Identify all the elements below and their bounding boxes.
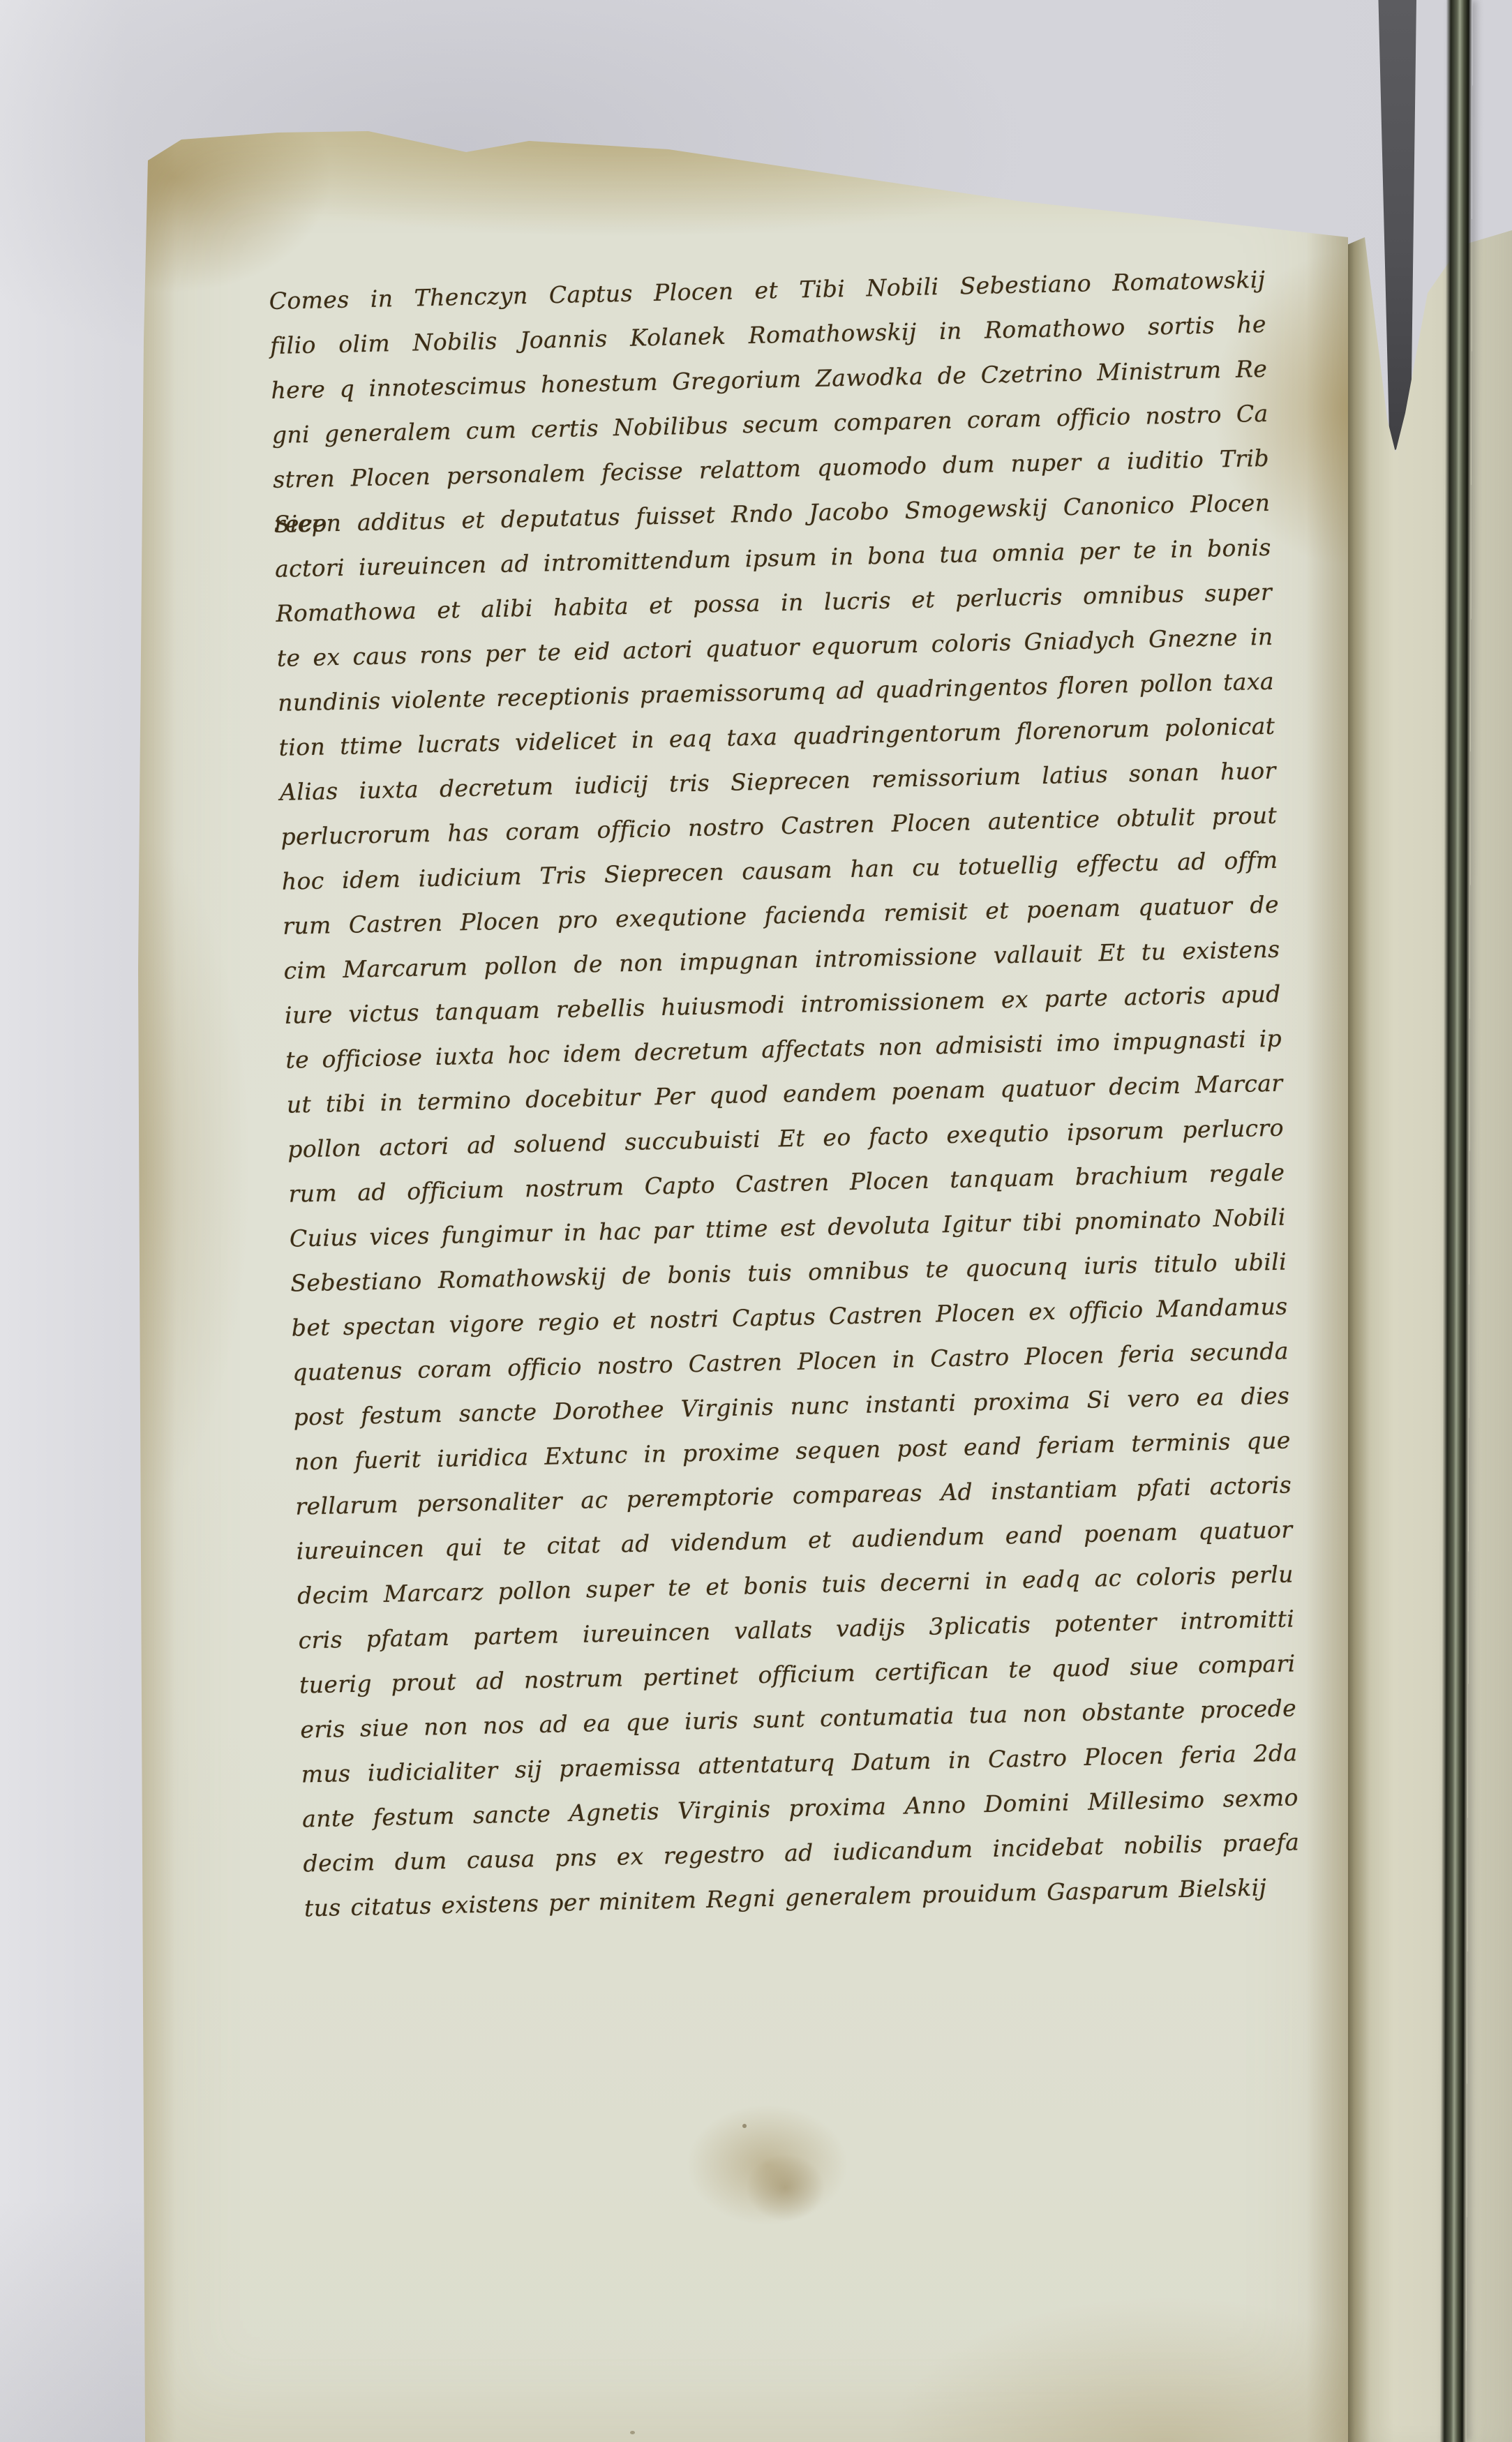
paper-speck: [630, 2431, 635, 2434]
manuscript-text-block: Comes in Thenczyn Captus Plocen et Tibi …: [269, 257, 1301, 1931]
manuscript-page: Comes in Thenczyn Captus Plocen et Tibi …: [138, 131, 1348, 2442]
photograph-of-manuscript: { "document": { "kind": "handwritten man…: [0, 0, 1512, 2442]
paper-speck: [742, 2124, 747, 2128]
next-page-edge: [1345, 0, 1512, 2442]
